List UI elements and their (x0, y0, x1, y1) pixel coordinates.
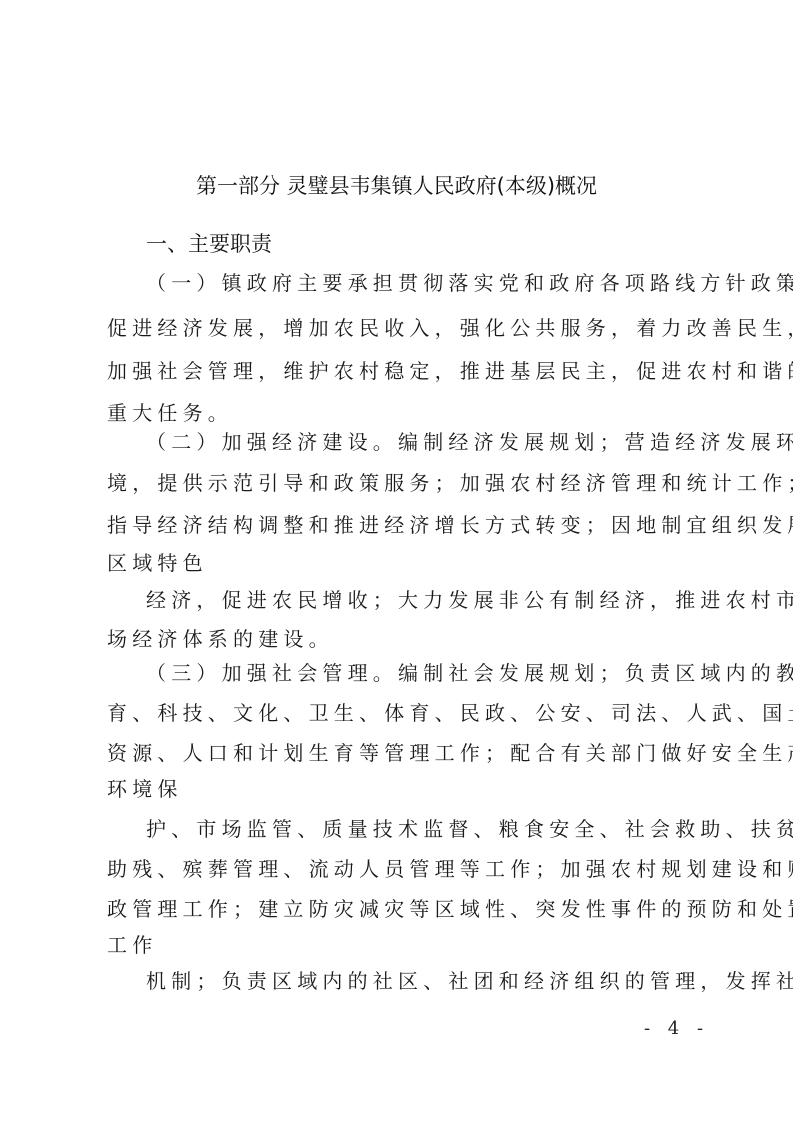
paragraph-line: 指导经济结构调整和推进经济增长方式转变；因地制宜组织发展 (107, 512, 727, 538)
paragraph-line: 机制；负责区域内的社区、社团和经济组织的管理，发挥社 (146, 968, 766, 994)
paragraph-line: （一）镇政府主要承担贯彻落实党和政府各项路线方针政策， (146, 270, 766, 296)
paragraph-line: 经济，促进农民增收；大力发展非公有制经济，推进农村市 (146, 587, 766, 613)
paragraph-line: 场经济体系的建设。 (107, 626, 727, 652)
paragraph-line: 重大任务。 (107, 400, 727, 426)
paragraph-line: 育、科技、文化、卫生、体育、民政、公安、司法、人武、国土 (107, 700, 727, 726)
paragraph-line: （三）加强社会管理。编制社会发展规划；负责区域内的教 (146, 660, 766, 686)
paragraph-line: 护、市场监管、质量技术监督、粮食安全、社会救助、扶贫 (146, 816, 766, 842)
page-number: - 4 - (644, 1018, 709, 1039)
paragraph-line: 区域特色 (107, 550, 727, 576)
paragraph-line: 促进经济发展，增加农民收入，强化公共服务，着力改善民生， (107, 315, 727, 341)
paragraph-line: 境，提供示范引导和政策服务；加强农村经济管理和统计工作； (107, 470, 727, 496)
document-page: 第一部分 灵璧县韦集镇人民政府(本级)概况 一、主要职责 （一）镇政府主要承担贯… (0, 0, 793, 1122)
paragraph-line: 工作 (107, 932, 727, 958)
paragraph-line: 资源、人口和计划生育等管理工作；配合有关部门做好安全生产、 (107, 740, 727, 766)
paragraph-line: 加强社会管理，维护农村稳定，推进基层民主，促进农村和谐的 (107, 358, 727, 384)
paragraph-line: （二）加强经济建设。编制经济发展规划；营造经济发展环 (146, 429, 766, 455)
section-heading: 一、主要职责 (146, 228, 272, 258)
page-title: 第一部分 灵璧县韦集镇人民政府(本级)概况 (0, 170, 793, 200)
paragraph-line: 环境保 (107, 776, 727, 802)
paragraph-line: 政管理工作；建立防灾减灾等区域性、突发性事件的预防和处置 (107, 896, 727, 922)
paragraph-line: 助残、殡葬管理、流动人员管理等工作；加强农村规划建设和财 (107, 856, 727, 882)
